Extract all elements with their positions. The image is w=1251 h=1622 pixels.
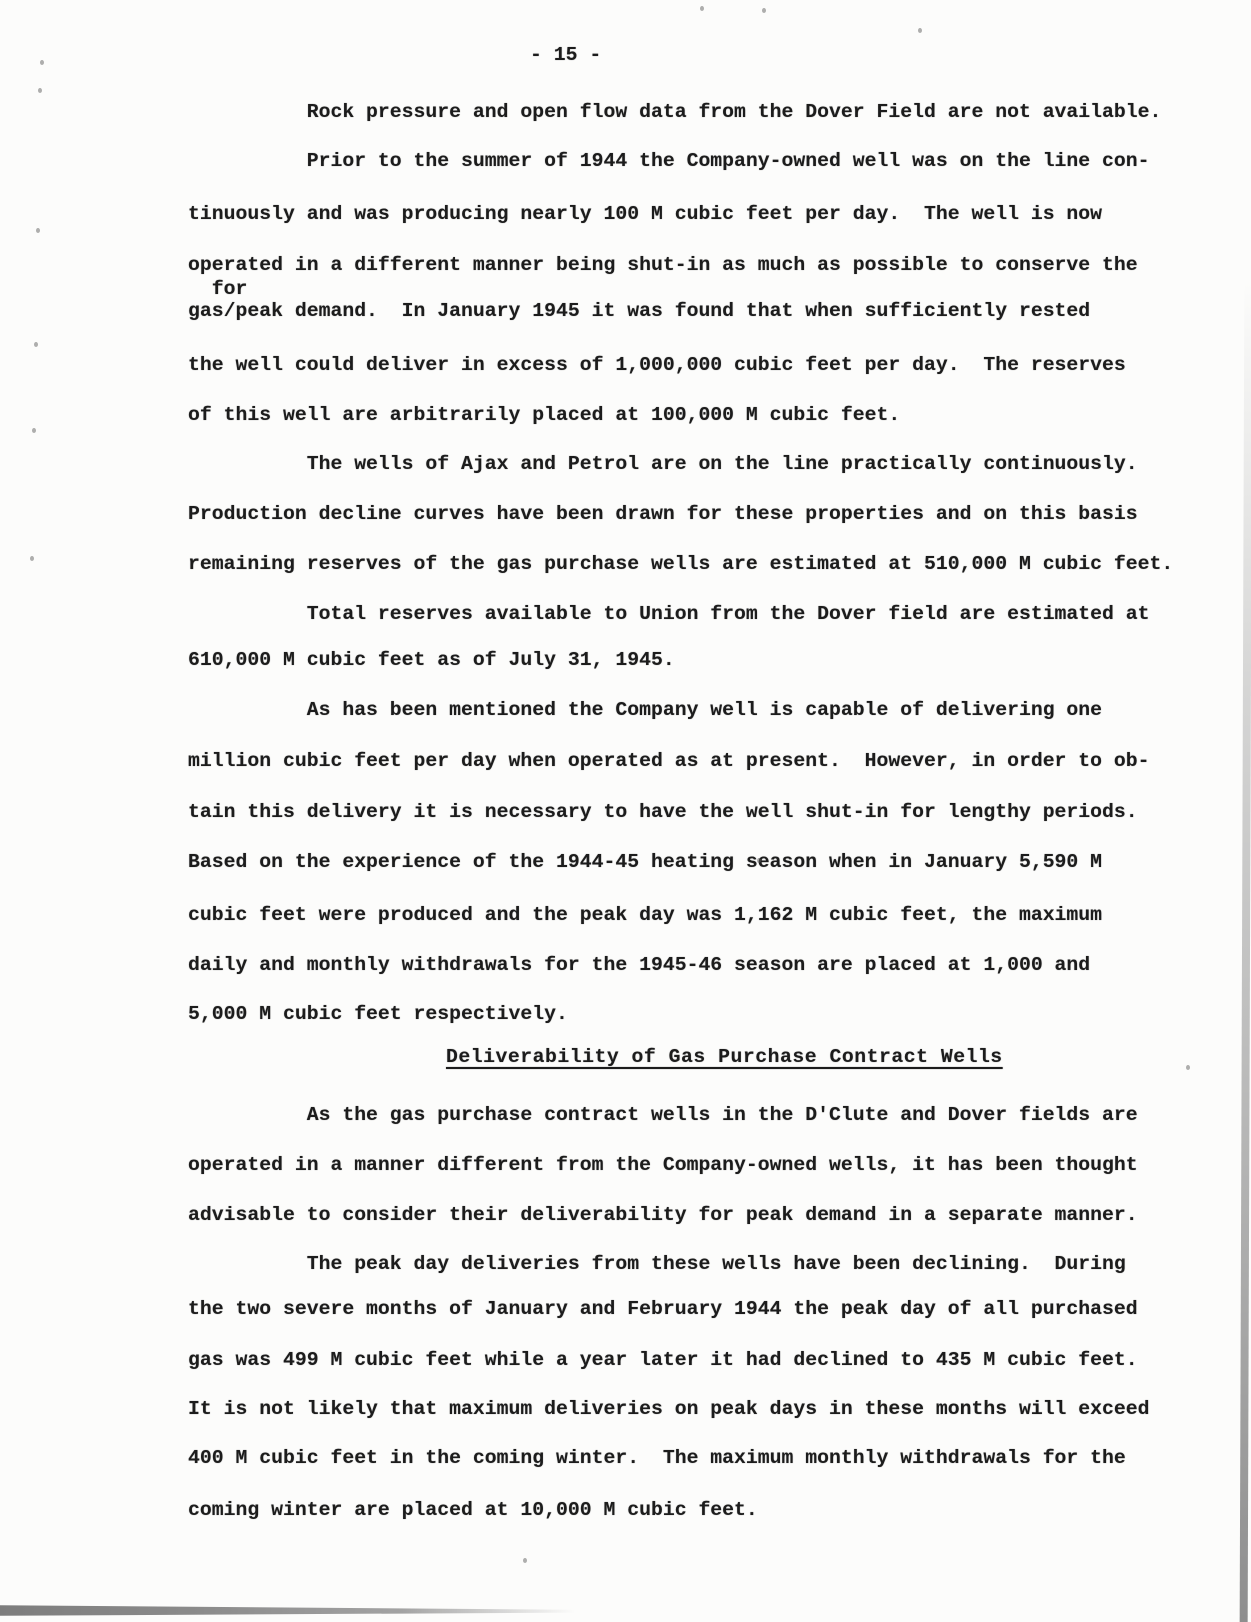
text-line: operated in a manner different from the … <box>188 1153 1138 1177</box>
text-line: million cubic feet per day when operated… <box>188 749 1150 773</box>
scan-artifact-right-edge <box>1240 280 1251 1622</box>
text-line: tain this delivery it is necessary to ha… <box>188 800 1138 824</box>
scan-speck <box>757 858 761 863</box>
text-line: Total reserves available to Union from t… <box>188 602 1150 626</box>
document-page: - 15 - Rock pressure and open flow data … <box>0 0 1251 1622</box>
text-line: Prior to the summer of 1944 the Company-… <box>188 149 1150 173</box>
insertion-for: for <box>188 277 247 301</box>
text-line: daily and monthly withdrawals for the 19… <box>188 953 1090 977</box>
text-line: the two severe months of January and Feb… <box>188 1297 1138 1321</box>
text-line: cubic feet were produced and the peak da… <box>188 903 1102 927</box>
text-line: The peak day deliveries from these wells… <box>188 1252 1126 1276</box>
text-line: It is not likely that maximum deliveries… <box>188 1397 1150 1421</box>
text-line: gas/peak demand. In January 1945 it was … <box>188 299 1090 323</box>
text-line: As the gas purchase contract wells in th… <box>188 1103 1138 1127</box>
text-line: 400 M cubic feet in the coming winter. T… <box>188 1446 1126 1470</box>
scan-speck <box>762 8 766 13</box>
text-line: The wells of Ajax and Petrol are on the … <box>188 452 1138 476</box>
scan-speck <box>32 428 36 433</box>
scan-speck <box>38 88 42 93</box>
text-line: As has been mentioned the Company well i… <box>188 698 1102 722</box>
scan-speck <box>1186 1065 1190 1070</box>
scan-speck <box>700 6 704 11</box>
text-line: remaining reserves of the gas purchase w… <box>188 552 1173 576</box>
text-line: Based on the experience of the 1944-45 h… <box>188 850 1102 874</box>
scan-speck <box>523 1558 527 1563</box>
scan-speck <box>34 342 38 347</box>
scan-speck <box>36 228 40 233</box>
page-number: - 15 - <box>530 44 601 66</box>
text-line: 610,000 M cubic feet as of July 31, 1945… <box>188 648 675 672</box>
text-line: Production decline curves have been draw… <box>188 502 1138 526</box>
text-line: operated in a different manner being shu… <box>188 253 1138 277</box>
scan-speck <box>30 556 34 561</box>
text-line: advisable to consider their deliverabili… <box>188 1203 1138 1227</box>
text-line: Rock pressure and open flow data from th… <box>188 100 1161 124</box>
text-line: coming winter are placed at 10,000 M cub… <box>188 1498 758 1522</box>
scan-speck <box>918 28 922 33</box>
scan-speck <box>40 60 44 65</box>
text-line: the well could deliver in excess of 1,00… <box>188 353 1126 377</box>
section-heading: Deliverability of Gas Purchase Contract … <box>446 1046 1003 1068</box>
text-line: 5,000 M cubic feet respectively. <box>188 1002 568 1026</box>
text-line: tinuously and was producing nearly 100 M… <box>188 202 1102 226</box>
text-line: gas was 499 M cubic feet while a year la… <box>188 1348 1138 1372</box>
scan-artifact-bottom-strip <box>0 1604 575 1616</box>
text-line: of this well are arbitrarily placed at 1… <box>188 403 900 427</box>
